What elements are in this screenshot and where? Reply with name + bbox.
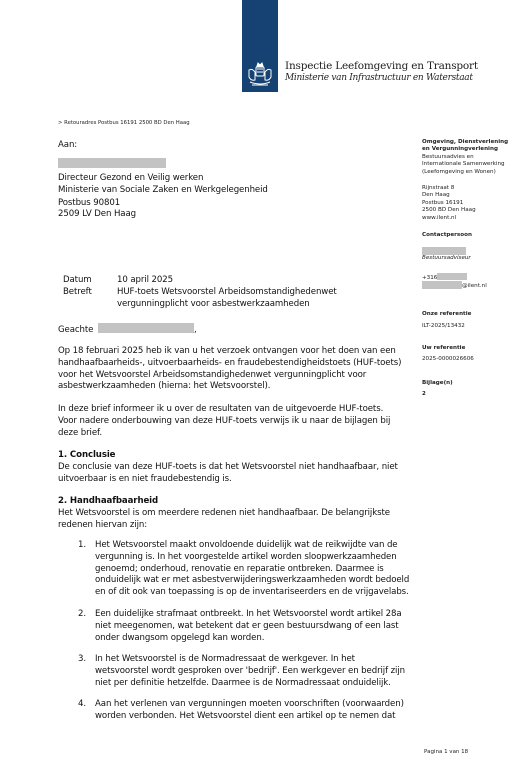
list-number: 4. <box>78 699 86 711</box>
website-link[interactable]: www.ilent.nl <box>422 215 476 222</box>
department-name: en Vergunningverlening <box>422 146 508 153</box>
royal-crest-icon <box>246 62 274 88</box>
list-line: onder dwangsom opgelegd kan worden. <box>95 633 402 645</box>
paragraph-line: handhaafbaarheids-, uitvoerbaarheids- en… <box>58 358 401 370</box>
list-line: onduidelijk wat er met asbestverwijderin… <box>95 575 409 587</box>
list-item-text: Aan het verlenen van vergunningen moeten… <box>95 699 404 723</box>
list-line: Aan het verlenen van vergunningen moeten… <box>95 699 404 711</box>
list-line: niet meegenomen, wat betekent dat er gee… <box>95 621 402 633</box>
paragraph-line: Op 18 februari 2025 heb ik van u het ver… <box>58 346 401 358</box>
subject-value: HUF-toets Wetsvoorstel Arbeidsomstandigh… <box>117 287 337 297</box>
sidebar-address: Rijnstraat 8 Den Haag Postbus 16191 2500… <box>422 185 476 222</box>
paragraph-line: uitvoerbaar is en niet fraudebestendig i… <box>58 474 398 486</box>
ministry-name: Ministerie van Infrastructuur en Waterst… <box>285 73 473 83</box>
address-line: Rijnstraat 8 <box>422 185 476 192</box>
paragraph-line: In deze brief informeer ik u over de res… <box>58 404 390 416</box>
section-heading: 1. Conclusie <box>58 450 398 462</box>
paragraph-line: redenen hiervan zijn: <box>58 520 390 532</box>
subject-row: BetreftHUF-toets Wetsvoorstel Arbeidsoms… <box>63 287 337 299</box>
intro-paragraph: Op 18 februari 2025 heb ik van u het ver… <box>58 346 401 393</box>
recipient-line: Directeur Gezond en Veilig werken <box>58 172 268 184</box>
redacted-contact-name <box>422 247 466 255</box>
date-label: Datum <box>63 275 117 287</box>
our-reference-label: Onze referentie <box>422 311 471 318</box>
subject-label: Betreft <box>63 287 117 299</box>
page-number: Pagina 1 van 18 <box>424 749 468 755</box>
subject-value-cont: vergunningplicht voor asbestwerkzaamhede… <box>63 299 337 311</box>
address-line: 2500 BD Den Haag <box>422 207 476 214</box>
organization-name: Inspectie Leefomgeving en Transport <box>285 60 478 72</box>
list-line: en of dit ook van toepassing is op de in… <box>95 587 409 599</box>
redacted-phone <box>437 273 467 280</box>
list-line: worden verbonden. Het Wetsvoorstel dient… <box>95 711 404 723</box>
redacted-email-user <box>422 281 462 289</box>
greeting-prefix: Geachte <box>58 325 93 335</box>
sidebar-department: Omgeving, Dienstverlening en Vergunningv… <box>422 139 508 176</box>
list-line: Het Wetsvoorstel maakt onvoldoende duide… <box>95 540 409 552</box>
info-paragraph: In deze brief informeer ik u over de res… <box>58 404 390 439</box>
list-line: In het Wetsvoorstel is de Normadressaat … <box>95 654 405 666</box>
date-row: Datum10 april 2025 <box>63 275 337 287</box>
list-item-text: Het Wetsvoorstel maakt onvoldoende duide… <box>95 540 409 599</box>
paragraph-line: asbestwerkzaamheden (hierna: het Wetsvoo… <box>58 381 401 393</box>
list-item-text: In het Wetsvoorstel is de Normadressaat … <box>95 654 405 689</box>
department-sub: Bestuursadvies en <box>422 154 508 161</box>
section-conclusion: 1. Conclusie De conclusie van deze HUF-t… <box>58 450 398 485</box>
section-handhaafbaarheid: 2. Handhaafbaarheid Het Wetsvoorstel is … <box>58 496 390 531</box>
list-line: genoemd; onderhoud, renovatie en reparat… <box>95 564 409 576</box>
greeting: Geachte , <box>58 323 197 337</box>
section-heading: 2. Handhaafbaarheid <box>58 496 390 508</box>
your-reference-label: Uw referentie <box>422 345 465 352</box>
contact-role: Bestuursadviseur <box>422 255 471 262</box>
list-line: vergunning is. In het voorgestelde artik… <box>95 552 409 564</box>
list-line: wetsvoorstel wordt gesproken over 'bedri… <box>95 666 405 678</box>
greeting-suffix: , <box>194 325 197 335</box>
list-number: 2. <box>78 609 86 621</box>
contact-email-domain: @ilent.nl <box>462 283 487 290</box>
attachments-label: Bijlage(n) <box>422 380 453 387</box>
return-address: > Retouradres Postbus 16191 2500 BD Den … <box>58 120 190 126</box>
recipient-line: Ministerie van Sociale Zaken en Werkgele… <box>58 184 268 196</box>
paragraph-line: De conclusie van deze HUF-toets is dat h… <box>58 462 398 474</box>
department-sub: Internationale Samenwerking <box>422 161 508 168</box>
paragraph-line: deze brief. <box>58 428 390 440</box>
your-reference-value: 2025-0000026606 <box>422 356 474 363</box>
list-number: 1. <box>78 540 86 552</box>
paragraph-line: voor het Wetsvoorstel Arbeidsomstandighe… <box>58 370 401 382</box>
letter-meta: Datum10 april 2025 BetreftHUF-toets Wets… <box>63 275 337 310</box>
contact-label: Contactpersoon <box>422 232 472 239</box>
paragraph-line: Het Wetsvoorstel is om meerdere redenen … <box>58 508 390 520</box>
list-number: 3. <box>78 654 86 666</box>
recipient-line: 2509 LV Den Haag <box>58 208 268 220</box>
list-line: niet per definitie hetzelfde. Daarmee is… <box>95 678 405 690</box>
our-reference-value: ILT-2025/13432 <box>422 323 465 330</box>
paragraph-line: Voor nadere onderbouwing van deze HUF-to… <box>58 416 390 428</box>
redacted-greeting-name <box>98 323 194 333</box>
department-sub: (Leefomgeving en Wonen) <box>422 169 508 176</box>
list-item-text: Een duidelijke strafmaat ontbreekt. In h… <box>95 609 402 644</box>
recipient-label: Aan: <box>58 140 77 152</box>
recipient-address: Directeur Gezond en Veilig werken Minist… <box>58 172 268 220</box>
address-line: Postbus 16191 <box>422 200 476 207</box>
address-line: Den Haag <box>422 192 476 199</box>
date-value: 10 april 2025 <box>117 275 173 285</box>
department-name: Omgeving, Dienstverlening <box>422 139 508 146</box>
list-line: Een duidelijke strafmaat ontbreekt. In h… <box>95 609 402 621</box>
attachments-value: 2 <box>422 391 426 398</box>
redacted-recipient-name <box>58 158 166 168</box>
